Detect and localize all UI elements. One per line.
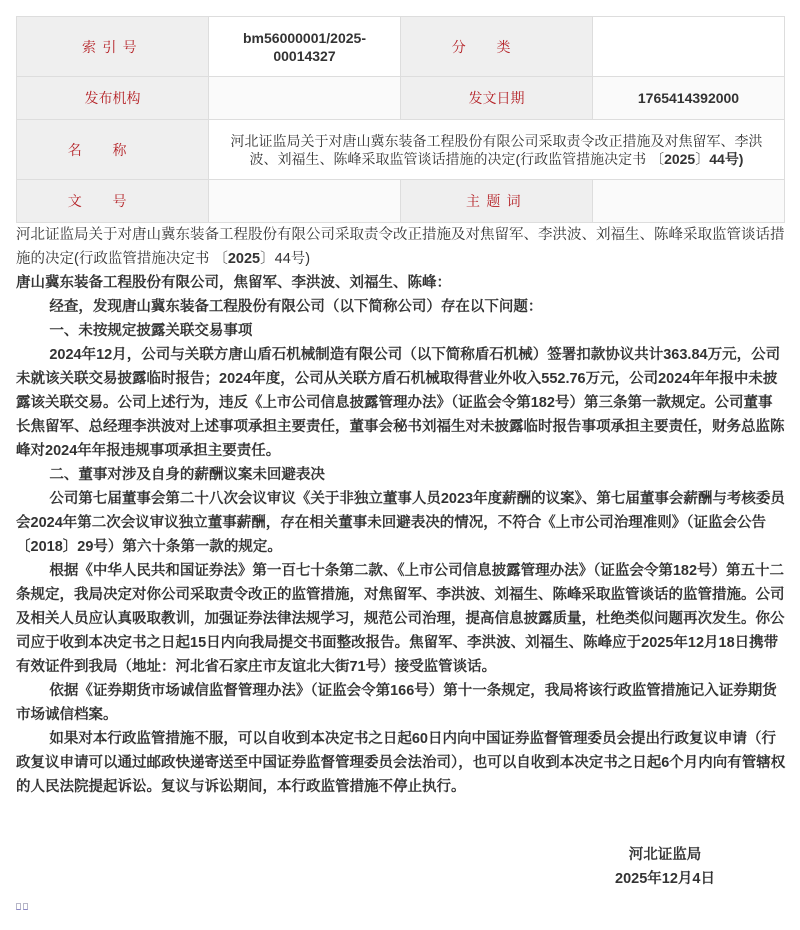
paragraph-intro: 经查，发现唐山冀东装备工程股份有限公司（以下简称公司）存在以下问题：: [16, 295, 786, 319]
label-category: 分类: [401, 17, 593, 77]
value-name-number: 44: [709, 151, 725, 167]
signature-date: 2025年12月4日: [600, 867, 730, 891]
document-title-suffix: 号): [291, 251, 310, 267]
metadata-table: 索引号 bm56000001/2025-00014327 分类 发布机构 发文日…: [16, 16, 785, 223]
paragraph-decision: 根据《中华人民共和国证券法》第一百七十条第二款、《上市公司信息披露管理办法》（证…: [16, 559, 786, 679]
value-name-suffix: 号): [725, 151, 744, 167]
label-doc-number: 文号: [17, 180, 209, 223]
meta-row-name: 名称 河北证监局关于对唐山冀东装备工程股份有限公司采取责令改正措施及对焦留军、李…: [17, 120, 785, 180]
section-heading-1: 一、未按规定披露关联交易事项: [16, 319, 786, 343]
meta-row-doc-number: 文号 主题词: [17, 180, 785, 223]
broken-image-icon-part: [23, 903, 28, 910]
document-title-year: 2025: [228, 251, 260, 267]
broken-image-icon-part: [16, 903, 21, 910]
value-name: 河北证监局关于对唐山冀东装备工程股份有限公司采取责令改正措施及对焦留军、李洪波、…: [209, 120, 785, 180]
document-title-bracket: 〕: [260, 251, 275, 267]
value-issue-date: 1765414392000: [593, 77, 785, 120]
document-title-prefix: 河北证监局关于对唐山冀东装备工程股份有限公司采取责令改正措施及对焦留军、李洪波、…: [16, 227, 785, 267]
document-title: 河北证监局关于对唐山冀东装备工程股份有限公司采取责令改正措施及对焦留军、李洪波、…: [16, 223, 786, 271]
paragraph-section-1: 2024年12月，公司与关联方唐山盾石机械制造有限公司（以下简称盾石机械）签署扣…: [16, 343, 786, 463]
section-heading-2: 二、董事对涉及自身的薪酬议案未回避表决: [16, 463, 786, 487]
paragraph-credit-record: 依据《证券期货市场诚信监督管理办法》（证监会令第166号）第十一条规定，我局将该…: [16, 679, 786, 727]
value-index-number: bm56000001/2025-00014327: [209, 17, 401, 77]
value-doc-number: [209, 180, 401, 223]
label-name: 名称: [17, 120, 209, 180]
paragraph-appeal: 如果对本行政监管措施不服，可以自收到本决定书之日起60日内向中国证券监督管理委员…: [16, 727, 786, 799]
signature-issuer: 河北证监局: [600, 843, 730, 867]
meta-row-publisher: 发布机构 发文日期 1765414392000: [17, 77, 785, 120]
value-name-bracket: 〕: [695, 151, 709, 167]
label-index-number: 索引号: [17, 17, 209, 77]
label-issue-date: 发文日期: [401, 77, 593, 120]
paragraph-section-2: 公司第七届董事会第二十八次会议审议《关于非独立董事人员2023年度薪酬的议案》、…: [16, 487, 786, 559]
label-publisher: 发布机构: [17, 77, 209, 120]
value-keywords: [593, 180, 785, 223]
document-body: 河北证监局关于对唐山冀东装备工程股份有限公司采取责令改正措施及对焦留军、李洪波、…: [16, 223, 786, 799]
addressee: 唐山冀东装备工程股份有限公司，焦留军、李洪波、刘福生、陈峰：: [16, 271, 786, 295]
value-name-year: 2025: [664, 151, 695, 167]
value-publisher: [209, 77, 401, 120]
label-keywords: 主题词: [401, 180, 593, 223]
meta-row-index: 索引号 bm56000001/2025-00014327 分类: [17, 17, 785, 77]
broken-image-icon: [16, 903, 28, 910]
signature-block: 河北证监局 2025年12月4日: [600, 843, 730, 891]
value-category: [593, 17, 785, 77]
document-title-number: 44: [275, 251, 291, 267]
